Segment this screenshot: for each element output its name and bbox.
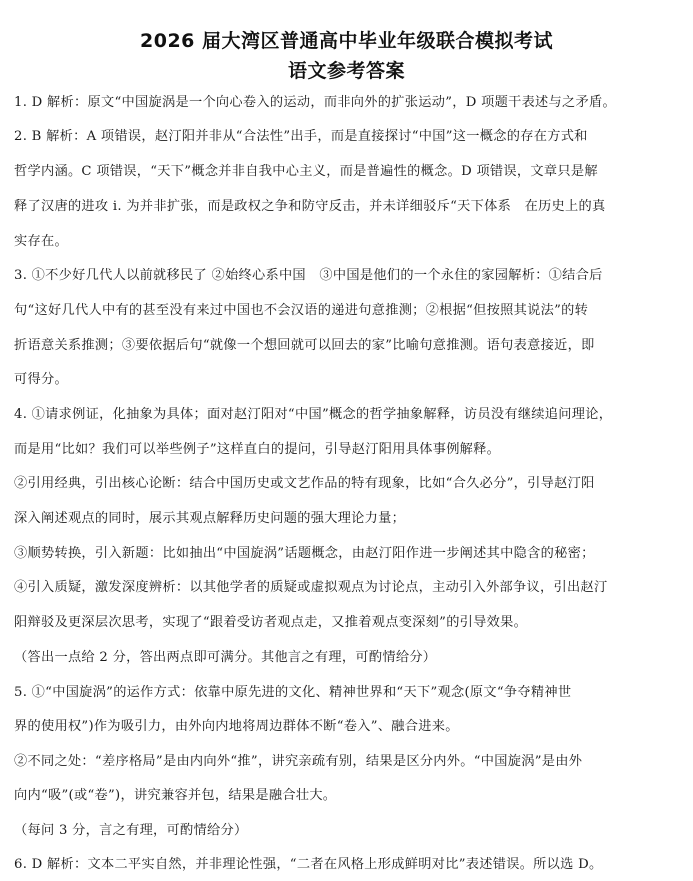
answer-5-point-2-line-2: 向内“吸”(或“卷”)，讲究兼容并包，结果是融合壮大。 xyxy=(14,787,684,805)
answer-4-point-2-line-1: ②引用经典，引出核心论断：结合中国历史或文艺作品的特有现象，比如“合久必分”，引… xyxy=(14,475,684,493)
answer-6: 6. D 解析：文本二平实自然，并非理论性强，“二者在风格上形成鲜明对比”表述错… xyxy=(14,856,684,874)
answer-5-point-2-line-1: ②不同之处：“差序格局”是由内向外“推”，讲究亲疏有别，结果是区分内外。“中国旋… xyxy=(14,753,684,771)
answer-3-line-3: 折语意关系推测；③要依据后句“就像一个想回就可以回去的家”比喻句意推测。语句表意… xyxy=(14,337,684,355)
answer-5-scoring-note: （每问 3 分，言之有理，可酌情给分） xyxy=(14,822,684,840)
answer-3-line-4: 可得分。 xyxy=(14,371,684,389)
answer-2-line-3: 释了汉唐的进攻 i. 为并非扩张，而是政权之争和防守反击，并未详细驳斥“天下体系… xyxy=(14,198,684,216)
answer-1: 1. D 解析：原文“中国旋涡是一个向心卷入的运动，而非向外的扩张运动”，D 项… xyxy=(14,94,684,112)
answer-4-point-3: ③顺势转换，引入新题：比如抽出“中国旋涡”话题概念，由赵汀阳作进一步阐述其中隐含… xyxy=(14,545,684,563)
answer-2-line-4: 实存在。 xyxy=(14,233,684,251)
answer-4-scoring-note: （答出一点给 2 分，答出两点即可满分。其他言之有理，可酌情给分） xyxy=(14,649,684,667)
answer-4-line-2: 而是用“比如？我们可以举些例子”这样直白的提问，引导赵汀阳用具体事例解释。 xyxy=(14,441,684,459)
answer-5-line-2: 界的使用权”)作为吸引力，由外向内地将周边群体不断“卷入”、融合进来。 xyxy=(14,718,684,736)
exam-title: 2026 届大湾区普通高中毕业年级联合模拟考试 xyxy=(0,26,693,53)
answer-4-line-1: 4. ①请求例证，化抽象为具体；面对赵汀阳对“中国”概念的哲学抽象解释，访员没有… xyxy=(14,406,684,424)
answer-2-line-1: 2. B 解析：A 项错误，赵汀阳并非从“合法性”出手，而是直接探讨“中国”这一… xyxy=(14,128,684,146)
answer-4-point-4-line-2: 阳辩驳及更深层次思考，实现了“跟着受访者观点走，又推着观点变深刻”的引导效果。 xyxy=(14,614,684,632)
answer-5-line-1: 5. ①“中国旋涡”的运作方式：依靠中原先进的文化、精神世界和“天下”观念(原文… xyxy=(14,684,684,702)
answer-4-point-4-line-1: ④引入质疑，激发深度辨析：以其他学者的质疑或虚拟观点为讨论点，主动引入外部争议，… xyxy=(14,579,684,597)
answer-4-point-2-line-2: 深入阐述观点的同时，展示其观点解释历史问题的强大理论力量； xyxy=(14,510,684,528)
answer-2-line-2: 哲学内涵。C 项错误，“天下”概念并非自我中心主义，而是普遍性的概念。D 项错误… xyxy=(14,163,684,181)
answer-3-line-2: 句“这好几代人中有的甚至没有来过中国也不会汉语的递进句意推测；②根据“但按照其说… xyxy=(14,302,684,320)
answer-key-subtitle: 语文参考答案 xyxy=(0,56,693,83)
answer-3-line-1: 3. ①不少好几代人以前就移民了 ②始终心系中国 ③中国是他们的一个永住的家园解… xyxy=(14,267,684,285)
